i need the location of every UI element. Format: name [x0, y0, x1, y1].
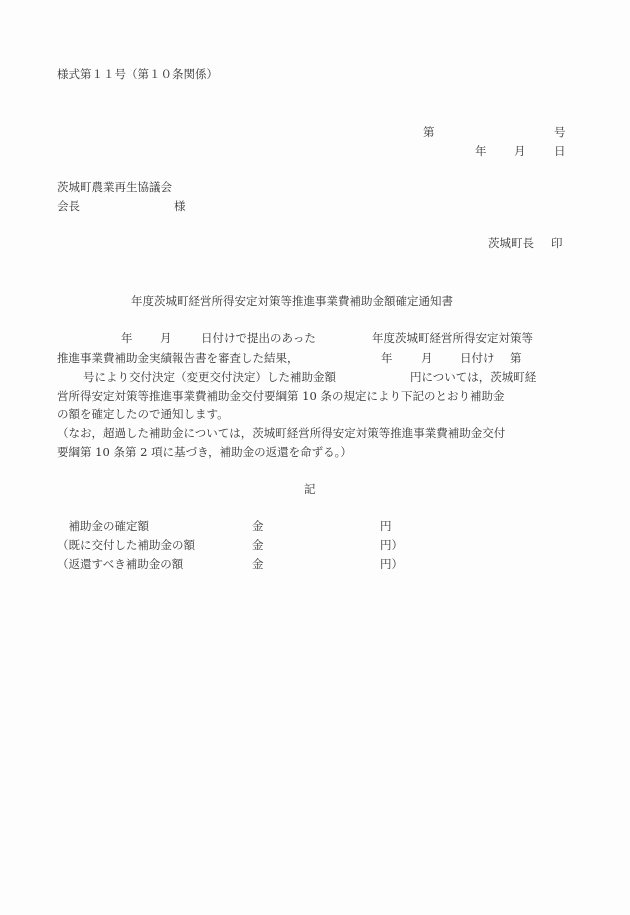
date-day: 日 [554, 143, 566, 159]
note-line2: 要綱第 10 条第 2 項に基づき，補助金の返還を命ずる。） [57, 444, 352, 460]
item-kin: 金 [252, 537, 264, 553]
body-l1-submitted: 日付けで提出のあった [201, 330, 316, 346]
item-yen: 円） [380, 556, 403, 572]
body-l2-day: 日付け [460, 350, 495, 366]
addressee-honorific: 様 [174, 198, 186, 214]
item-yen: 円 [380, 518, 392, 534]
body-l2-month: 月 [421, 350, 433, 366]
item-label: （既に交付した補助金の額 [57, 537, 195, 553]
form-number-label: 様式第１１号（第１０条関係） [57, 66, 218, 82]
body-l2-year: 年 [381, 350, 393, 366]
body-l5: の額を確定したので通知します。 [57, 406, 229, 422]
body-l1-fiscal: 年度茨城町経営所得安定対策等 [372, 330, 533, 346]
document-page: 様式第１１号（第１０条関係） 第 号 年 月 日 茨城町農業再生協議会 会長 様… [0, 0, 630, 915]
body-l2-no: 第 [510, 350, 522, 366]
item-kin: 金 [252, 556, 264, 572]
body-l2-text: 推進事業費補助金実績報告書を審査した結果， [57, 350, 299, 366]
sender-name: 茨城町長 [488, 235, 534, 251]
document-title: 年度茨城町経営所得安定対策等推進事業費補助金額確定通知書 [131, 293, 453, 309]
item-kin: 金 [252, 518, 264, 534]
ki-heading: 記 [304, 481, 316, 497]
body-l3-text: 号により交付決定（変更交付決定）した補助金額 [83, 369, 336, 385]
body-l1-month: 月 [160, 330, 172, 346]
document-number-prefix: 第 [423, 124, 435, 140]
date-month: 月 [514, 143, 526, 159]
body-l3-yen: 円については，茨城町経 [410, 369, 536, 385]
note-line1: （なお，超過した補助金については，茨城町経営所得安定対策等推進事業費補助金交付 [57, 425, 505, 441]
sender-seal: 印 [551, 235, 563, 251]
document-number-suffix: 号 [554, 124, 566, 140]
body-l1-year: 年 [121, 330, 133, 346]
item-yen: 円） [380, 537, 403, 553]
item-label: 補助金の確定額 [57, 518, 149, 534]
item-label: （返還すべき補助金の額 [57, 556, 183, 572]
addressee-title: 会長 [57, 198, 80, 214]
body-l4: 営所得安定対策等推進事業費補助金交付要綱第 10 条の規定により下記のとおり補助… [57, 388, 504, 404]
addressee-organization: 茨城町農業再生協議会 [57, 179, 172, 195]
date-year: 年 [475, 143, 487, 159]
